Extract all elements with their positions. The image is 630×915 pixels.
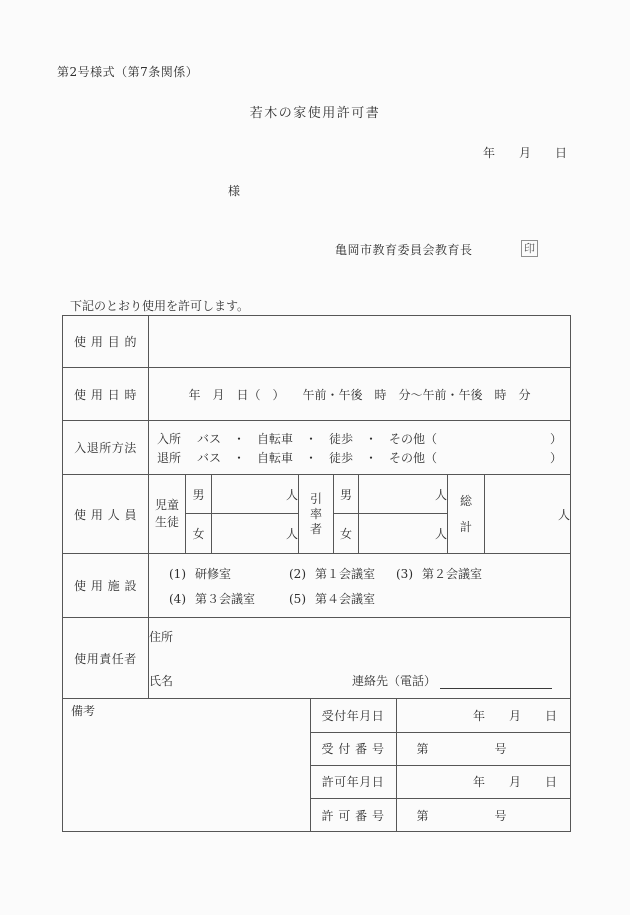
students-header-text: 児童生徒 [154,497,180,531]
datetime-value-cell: 年 月 日（ ） 午前・午後 時 分～午前・午後 時 分 [149,368,571,421]
receipt-date-value: 年 月 日 [396,699,570,732]
access-exit-line: 退所 バス ・ 自転車 ・ 徒歩 ・ その他（ ） [149,448,570,467]
seal-stamp-icon: 印 [521,240,538,257]
leaders-female-count-cell: 人 [359,514,448,554]
issue-date-placeholder: 年 月 日 [483,144,567,161]
access-label: 入退所方法 [63,421,149,475]
exit-label: 退所 [157,449,181,466]
students-header: 児童生徒 [149,475,186,554]
responsible-value-cell: 住所 氏名 連絡先（電話） [149,618,571,699]
number-suffix: 号 [429,742,507,756]
personnel-row-male: 使 用 人 員 児童生徒 男 人 引率者 男 人 総計 人 [63,475,571,514]
name-label: 氏名 [149,672,173,689]
leaders-female-header: 女 [334,514,359,554]
access-row: 入退所方法 入所 バス ・ 自転車 ・ 徒歩 ・ その他（ ） 退所 バス ・ … [63,421,571,475]
purpose-row: 使 用 目 的 [63,316,571,368]
facilities-line-1: (1)研修室 (2)第１会議室 (3)第２会議室 [149,561,570,586]
addressee-suffix: 様 [228,182,240,199]
receipt-number-label: 受 付 番 号 [310,732,396,765]
facility-name: 第２会議室 [422,567,482,581]
facility-number: (3) [396,567,413,581]
facility-item: (3)第２会議室 [396,565,482,582]
permit-form-table: 使 用 目 的 使 用 日 時 年 月 日（ ） 午前・午後 時 分～午前・午後… [62,315,571,832]
facility-name: 研修室 [195,567,231,581]
leaders-male-header: 男 [334,475,359,514]
responsible-name-line: 氏名 連絡先（電話） [149,672,570,689]
permit-date-placeholder: 年 月 日 [397,773,571,790]
permit-number-value: 第号 [396,798,570,832]
permit-date-row: 許可年月日 年 月 日 [310,765,570,798]
leaders-male-count-cell: 人 [359,475,448,514]
receipt-number-value: 第号 [396,732,570,765]
students-male-header: 男 [186,475,212,514]
contact-underline [440,675,552,689]
purpose-label: 使 用 目 的 [63,316,149,368]
leaders-header: 引率者 [299,475,334,554]
exit-close-paren: ） [550,449,562,466]
facilities-label: 使 用 施 設 [63,554,149,618]
permit-number-label: 許 可 番 号 [310,798,396,832]
datetime-row: 使 用 日 時 年 月 日（ ） 午前・午後 時 分～午前・午後 時 分 [63,368,571,421]
facility-number: (1) [169,567,186,581]
number-prefix: 第 [397,742,429,756]
facility-item: (5)第４会議室 [289,590,375,607]
facility-item: (1)研修室 [169,565,289,582]
issuer-name: 亀岡市教育委員会教育長 [335,241,473,258]
purpose-value-cell [149,316,571,368]
facility-number: (2) [289,567,306,581]
form-number: 第2号様式（第7条関係） [57,63,198,80]
remarks-label: 備考 [71,702,95,719]
responsible-label: 使用責任者 [63,618,149,699]
facility-name: 第４会議室 [315,592,375,606]
receipt-date-label: 受付年月日 [310,699,396,732]
receipt-number-row: 受 付 番 号 第号 [310,732,570,765]
facility-number: (4) [169,592,186,606]
receipt-date-placeholder: 年 月 日 [397,707,571,724]
permit-date-label: 許可年月日 [310,765,396,798]
facility-number: (5) [289,592,306,606]
number-suffix: 号 [429,809,507,823]
personnel-label: 使 用 人 員 [63,475,149,554]
entry-options: バス ・ 自転車 ・ 徒歩 ・ その他（ [197,430,437,447]
exit-options: バス ・ 自転車 ・ 徒歩 ・ その他（ [197,449,437,466]
address-label: 住所 [149,628,173,645]
receipt-date-row: 受付年月日 年 月 日 [310,699,570,732]
access-entry-line: 入所 バス ・ 自転車 ・ 徒歩 ・ その他（ ） [149,429,570,448]
office-use-table: 受付年月日 年 月 日 受 付 番 号 第号 許可年月日 年 月 日 [310,699,571,832]
facility-item: (2)第１会議室 [289,565,396,582]
facility-item: (4)第３会議室 [169,590,289,607]
access-value-cell: 入所 バス ・ 自転車 ・ 徒歩 ・ その他（ ） 退所 バス ・ 自転車 ・ … [149,421,571,475]
remarks-row: 備考 受付年月日 年 月 日 受 付 番 号 第号 許可年月日 [63,699,571,832]
number-prefix: 第 [397,809,429,823]
permit-date-value: 年 月 日 [396,765,570,798]
students-female-header: 女 [186,514,212,554]
leaders-header-text: 引率者 [309,492,323,537]
document-title: 若木の家使用許可書 [0,102,630,121]
permit-number-row: 許 可 番 号 第号 [310,798,570,832]
responsible-address-line: 住所 [149,628,570,658]
facilities-value-cell: (1)研修室 (2)第１会議室 (3)第２会議室 (4)第３会議室 (5)第４会… [149,554,571,618]
facility-name: 第３会議室 [195,592,255,606]
datetime-label: 使 用 日 時 [63,368,149,421]
facilities-row: 使 用 施 設 (1)研修室 (2)第１会議室 (3)第２会議室 (4)第３会議… [63,554,571,618]
total-header: 総計 [448,475,485,554]
responsible-row: 使用責任者 住所 氏名 連絡先（電話） [63,618,571,699]
total-count-cell: 人 [485,475,571,554]
entry-label: 入所 [157,430,181,447]
entry-close-paren: ） [550,430,562,447]
remarks-cell: 備考 受付年月日 年 月 日 受 付 番 号 第号 許可年月日 [63,699,571,832]
students-female-count-cell: 人 [212,514,299,554]
total-header-text: 総計 [459,488,473,540]
facilities-line-2: (4)第３会議室 (5)第４会議室 [149,586,570,611]
students-male-count-cell: 人 [212,475,299,514]
facility-name: 第１会議室 [315,567,375,581]
intro-sentence: 下記のとおり使用を許可します。 [70,297,249,314]
contact-label: 連絡先（電話） [352,672,436,689]
